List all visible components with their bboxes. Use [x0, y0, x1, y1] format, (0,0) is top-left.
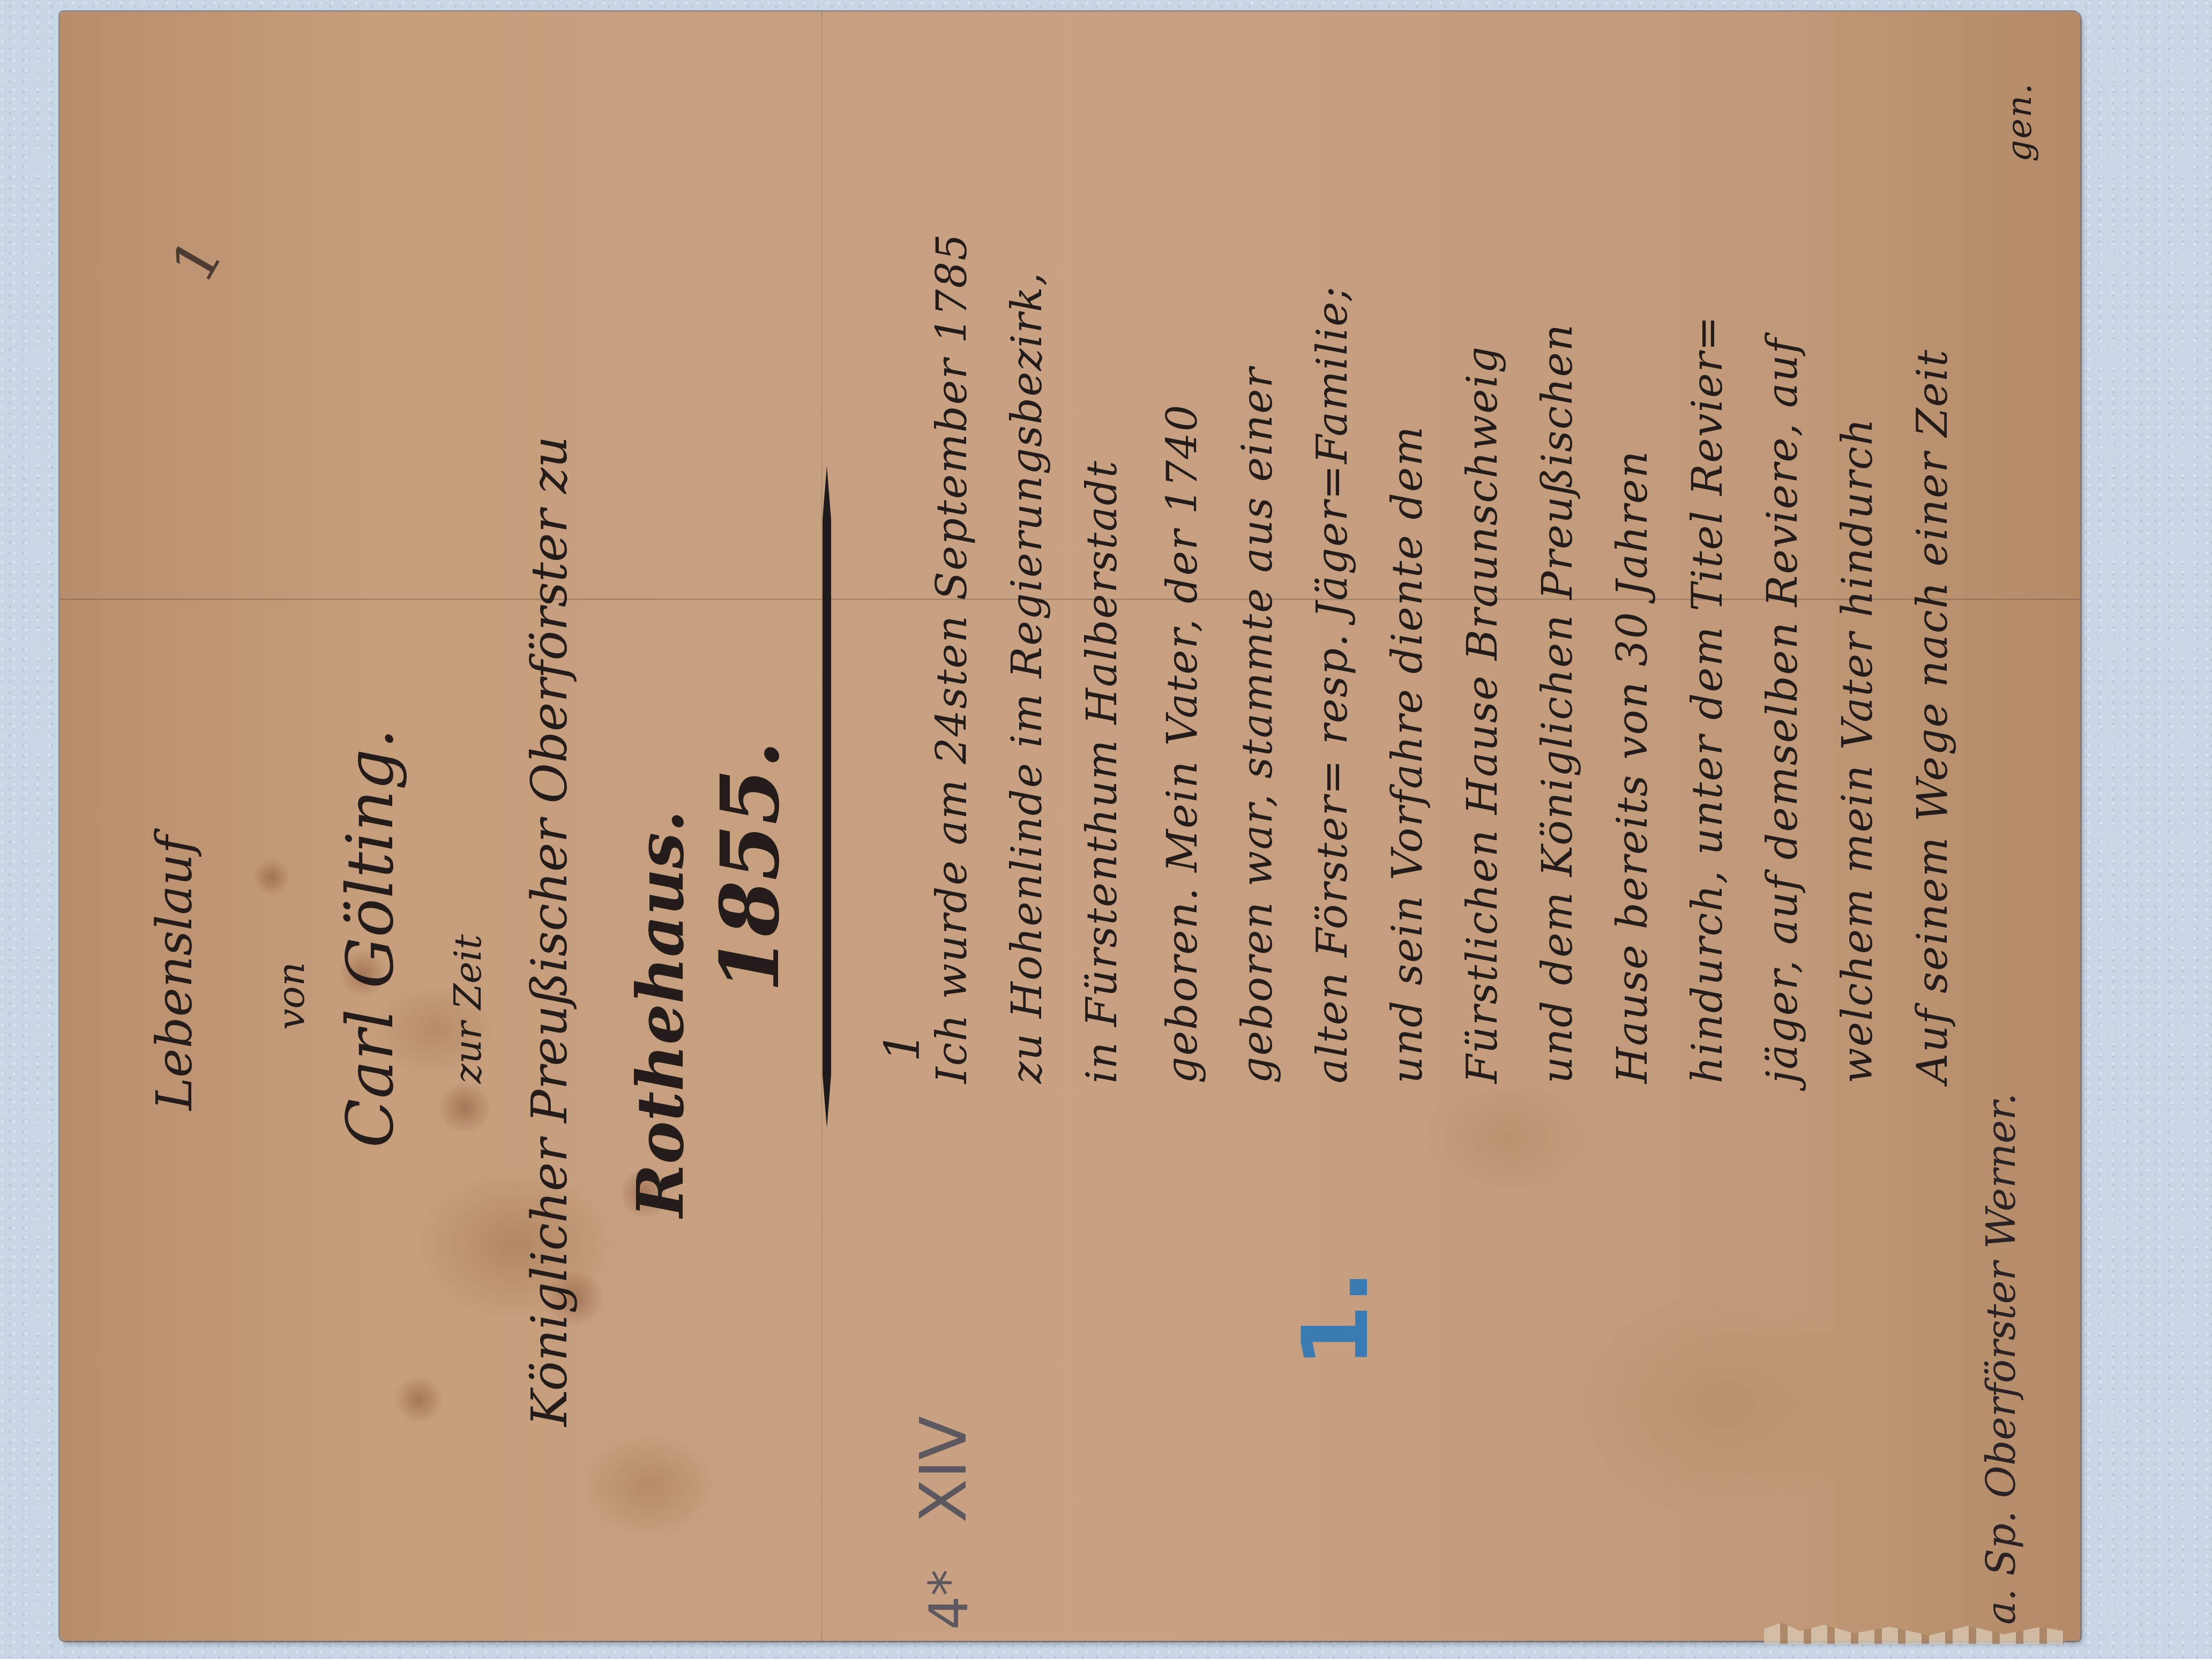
corner-pencil-mark: 1	[158, 227, 236, 294]
foxing-stain	[435, 1083, 494, 1132]
vertical-fold-line	[821, 12, 823, 1641]
foxing-stain	[253, 858, 290, 896]
title-line-lebenslauf: Lebenslauf	[146, 835, 203, 1110]
pencil-shelfmark: XIV	[907, 1416, 981, 1523]
body-line-6: alten Förster= resp. Jäger=Familie;	[1309, 286, 1357, 1083]
body-line-4: geboren. Mein Vater, der 1740	[1159, 404, 1207, 1083]
body-line-11: hindurch, unter dem Titel Revier=	[1684, 315, 1732, 1083]
body-line-14: Auf seinem Wege nach einer Zeit	[1909, 349, 1957, 1083]
title-line-name: Carl Gölting.	[333, 728, 408, 1148]
title-year: 1855.	[703, 741, 797, 992]
title-line-zur-zeit: zur Zeit	[446, 935, 490, 1083]
footer-inscription: a. Sp. Oberförster Werner.	[1978, 1093, 2024, 1625]
body-line-15: gen.	[2000, 83, 2039, 162]
torn-paper-edge	[1764, 1623, 2064, 1644]
body-line-8: Fürstlichen Hause Braunschweig	[1459, 346, 1507, 1083]
body-line-1: Ich wurde am 24sten September 1785	[928, 233, 976, 1083]
document-sheet: 1 Lebenslauf von Carl Gölting. zur Zeit …	[60, 12, 2080, 1641]
body-line-7: und sein Vorfahre diente dem	[1384, 425, 1432, 1083]
body-line-10: Hause bereits von 30 Jahren	[1609, 450, 1657, 1083]
title-line-place: Rothehaus.	[623, 810, 698, 1217]
title-line-position: Königlicher Preußischer Oberförster zu	[521, 436, 578, 1426]
section-number: 1	[875, 1030, 931, 1062]
body-line-9: und dem Königlichen Preußischen	[1534, 323, 1582, 1083]
body-line-13: welchem mein Vater hindurch	[1834, 417, 1882, 1083]
separator-rule	[823, 466, 831, 1128]
body-line-12: jäger, auf demselben Reviere, auf	[1759, 338, 1807, 1084]
body-line-2: zu Hohenlinde im Regierungsbezirk,	[1003, 271, 1051, 1083]
pencil-shelfmark-sub: 4*	[917, 1569, 980, 1630]
title-line-von: von	[269, 962, 313, 1030]
blue-crayon-number: 1.	[1283, 1270, 1389, 1368]
body-line-3: in Fürstenthum Halberstadt	[1078, 460, 1126, 1083]
body-line-5: geboren war, stammte aus einer	[1234, 367, 1282, 1083]
foxing-stain	[392, 1378, 446, 1421]
